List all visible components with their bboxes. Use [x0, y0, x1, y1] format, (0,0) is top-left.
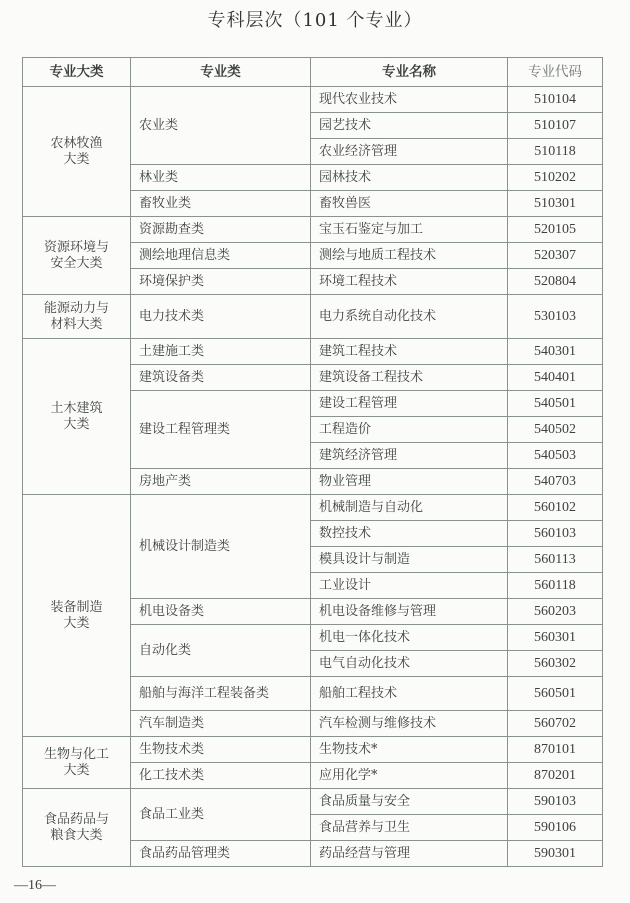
major-code-cell: 510118 — [508, 139, 603, 165]
major-name-cell: 建筑工程技术 — [311, 339, 508, 365]
major-code-cell: 540502 — [508, 417, 603, 443]
category-cell: 土木建筑 大类 — [23, 339, 131, 495]
major-name-cell: 环境工程技术 — [311, 269, 508, 295]
major-code-cell: 510104 — [508, 87, 603, 113]
major-code-cell: 560103 — [508, 521, 603, 547]
major-name-cell: 应用化学* — [311, 763, 508, 789]
majors-table: 专业大类 专业类 专业名称 专业代码 农林牧渔 大类农业类现代农业技术51010… — [22, 57, 603, 867]
major-name-cell: 食品质量与安全 — [311, 789, 508, 815]
subcategory-cell: 建设工程管理类 — [131, 391, 311, 469]
subcategory-cell: 食品工业类 — [131, 789, 311, 841]
major-code-cell: 560203 — [508, 599, 603, 625]
major-code-cell: 520307 — [508, 243, 603, 269]
major-code-cell: 510202 — [508, 165, 603, 191]
subcategory-cell: 资源勘查类 — [131, 217, 311, 243]
major-name-cell: 模具设计与制造 — [311, 547, 508, 573]
major-code-cell: 590301 — [508, 841, 603, 867]
category-cell: 能源动力与 材料大类 — [23, 295, 131, 339]
table-row: 能源动力与 材料大类电力技术类电力系统自动化技术530103 — [23, 295, 603, 339]
major-name-cell: 宝玉石鉴定与加工 — [311, 217, 508, 243]
category-cell: 资源环境与 安全大类 — [23, 217, 131, 295]
major-name-cell: 园林技术 — [311, 165, 508, 191]
table-row: 生物与化工 大类生物技术类生物技术*870101 — [23, 737, 603, 763]
major-name-cell: 船舶工程技术 — [311, 677, 508, 711]
major-name-cell: 机电一体化技术 — [311, 625, 508, 651]
header-major-name: 专业名称 — [311, 58, 508, 87]
major-code-cell: 540401 — [508, 365, 603, 391]
header-category: 专业大类 — [23, 58, 131, 87]
major-code-cell: 590106 — [508, 815, 603, 841]
subcategory-cell: 林业类 — [131, 165, 311, 191]
major-name-cell: 汽车检测与维修技术 — [311, 711, 508, 737]
major-name-cell: 建筑经济管理 — [311, 443, 508, 469]
subcategory-cell: 农业类 — [131, 87, 311, 165]
major-name-cell: 药品经营与管理 — [311, 841, 508, 867]
subcategory-cell: 建筑设备类 — [131, 365, 311, 391]
major-name-cell: 建设工程管理 — [311, 391, 508, 417]
major-code-cell: 520804 — [508, 269, 603, 295]
table-row: 资源环境与 安全大类资源勘查类宝玉石鉴定与加工520105 — [23, 217, 603, 243]
major-code-cell: 590103 — [508, 789, 603, 815]
header-subcategory: 专业类 — [131, 58, 311, 87]
major-name-cell: 工业设计 — [311, 573, 508, 599]
major-code-cell: 560102 — [508, 495, 603, 521]
table-row: 土木建筑 大类土建施工类建筑工程技术540301 — [23, 339, 603, 365]
category-cell: 农林牧渔 大类 — [23, 87, 131, 217]
major-code-cell: 560118 — [508, 573, 603, 599]
major-name-cell: 现代农业技术 — [311, 87, 508, 113]
subcategory-cell: 机电设备类 — [131, 599, 311, 625]
subcategory-cell: 化工技术类 — [131, 763, 311, 789]
subcategory-cell: 房地产类 — [131, 469, 311, 495]
major-code-cell: 510107 — [508, 113, 603, 139]
major-code-cell: 560302 — [508, 651, 603, 677]
subcategory-cell: 电力技术类 — [131, 295, 311, 339]
subcategory-cell: 土建施工类 — [131, 339, 311, 365]
major-code-cell: 540503 — [508, 443, 603, 469]
page-title: 专科层次（101 个专业） — [0, 6, 630, 32]
major-code-cell: 540703 — [508, 469, 603, 495]
page-number: —16— — [14, 878, 56, 894]
subcategory-cell: 汽车制造类 — [131, 711, 311, 737]
table-row: 农林牧渔 大类农业类现代农业技术510104 — [23, 87, 603, 113]
major-name-cell: 食品营养与卫生 — [311, 815, 508, 841]
major-code-cell: 540501 — [508, 391, 603, 417]
major-code-cell: 560301 — [508, 625, 603, 651]
major-code-cell: 520105 — [508, 217, 603, 243]
major-name-cell: 园艺技术 — [311, 113, 508, 139]
major-name-cell: 物业管理 — [311, 469, 508, 495]
header-major-code: 专业代码 — [508, 58, 603, 87]
subcategory-cell: 机械设计制造类 — [131, 495, 311, 599]
major-name-cell: 机电设备维修与管理 — [311, 599, 508, 625]
major-code-cell: 510301 — [508, 191, 603, 217]
subcategory-cell: 畜牧业类 — [131, 191, 311, 217]
major-name-cell: 电气自动化技术 — [311, 651, 508, 677]
major-name-cell: 机械制造与自动化 — [311, 495, 508, 521]
subcategory-cell: 食品药品管理类 — [131, 841, 311, 867]
major-name-cell: 建筑设备工程技术 — [311, 365, 508, 391]
major-code-cell: 870201 — [508, 763, 603, 789]
major-code-cell: 560501 — [508, 677, 603, 711]
table-row: 食品药品与 粮食大类食品工业类食品质量与安全590103 — [23, 789, 603, 815]
category-cell: 食品药品与 粮食大类 — [23, 789, 131, 867]
major-name-cell: 电力系统自动化技术 — [311, 295, 508, 339]
subcategory-cell: 船舶与海洋工程装备类 — [131, 677, 311, 711]
category-cell: 装备制造 大类 — [23, 495, 131, 737]
major-name-cell: 工程造价 — [311, 417, 508, 443]
table-header-row: 专业大类 专业类 专业名称 专业代码 — [23, 58, 603, 87]
major-name-cell: 农业经济管理 — [311, 139, 508, 165]
subcategory-cell: 自动化类 — [131, 625, 311, 677]
table-row: 装备制造 大类机械设计制造类机械制造与自动化560102 — [23, 495, 603, 521]
major-name-cell: 数控技术 — [311, 521, 508, 547]
major-code-cell: 560113 — [508, 547, 603, 573]
major-name-cell: 畜牧兽医 — [311, 191, 508, 217]
major-code-cell: 560702 — [508, 711, 603, 737]
major-code-cell: 870101 — [508, 737, 603, 763]
table-body: 农林牧渔 大类农业类现代农业技术510104园艺技术510107农业经济管理51… — [23, 87, 603, 867]
major-code-cell: 530103 — [508, 295, 603, 339]
subcategory-cell: 生物技术类 — [131, 737, 311, 763]
subcategory-cell: 测绘地理信息类 — [131, 243, 311, 269]
major-name-cell: 测绘与地质工程技术 — [311, 243, 508, 269]
subcategory-cell: 环境保护类 — [131, 269, 311, 295]
category-cell: 生物与化工 大类 — [23, 737, 131, 789]
major-code-cell: 540301 — [508, 339, 603, 365]
major-name-cell: 生物技术* — [311, 737, 508, 763]
